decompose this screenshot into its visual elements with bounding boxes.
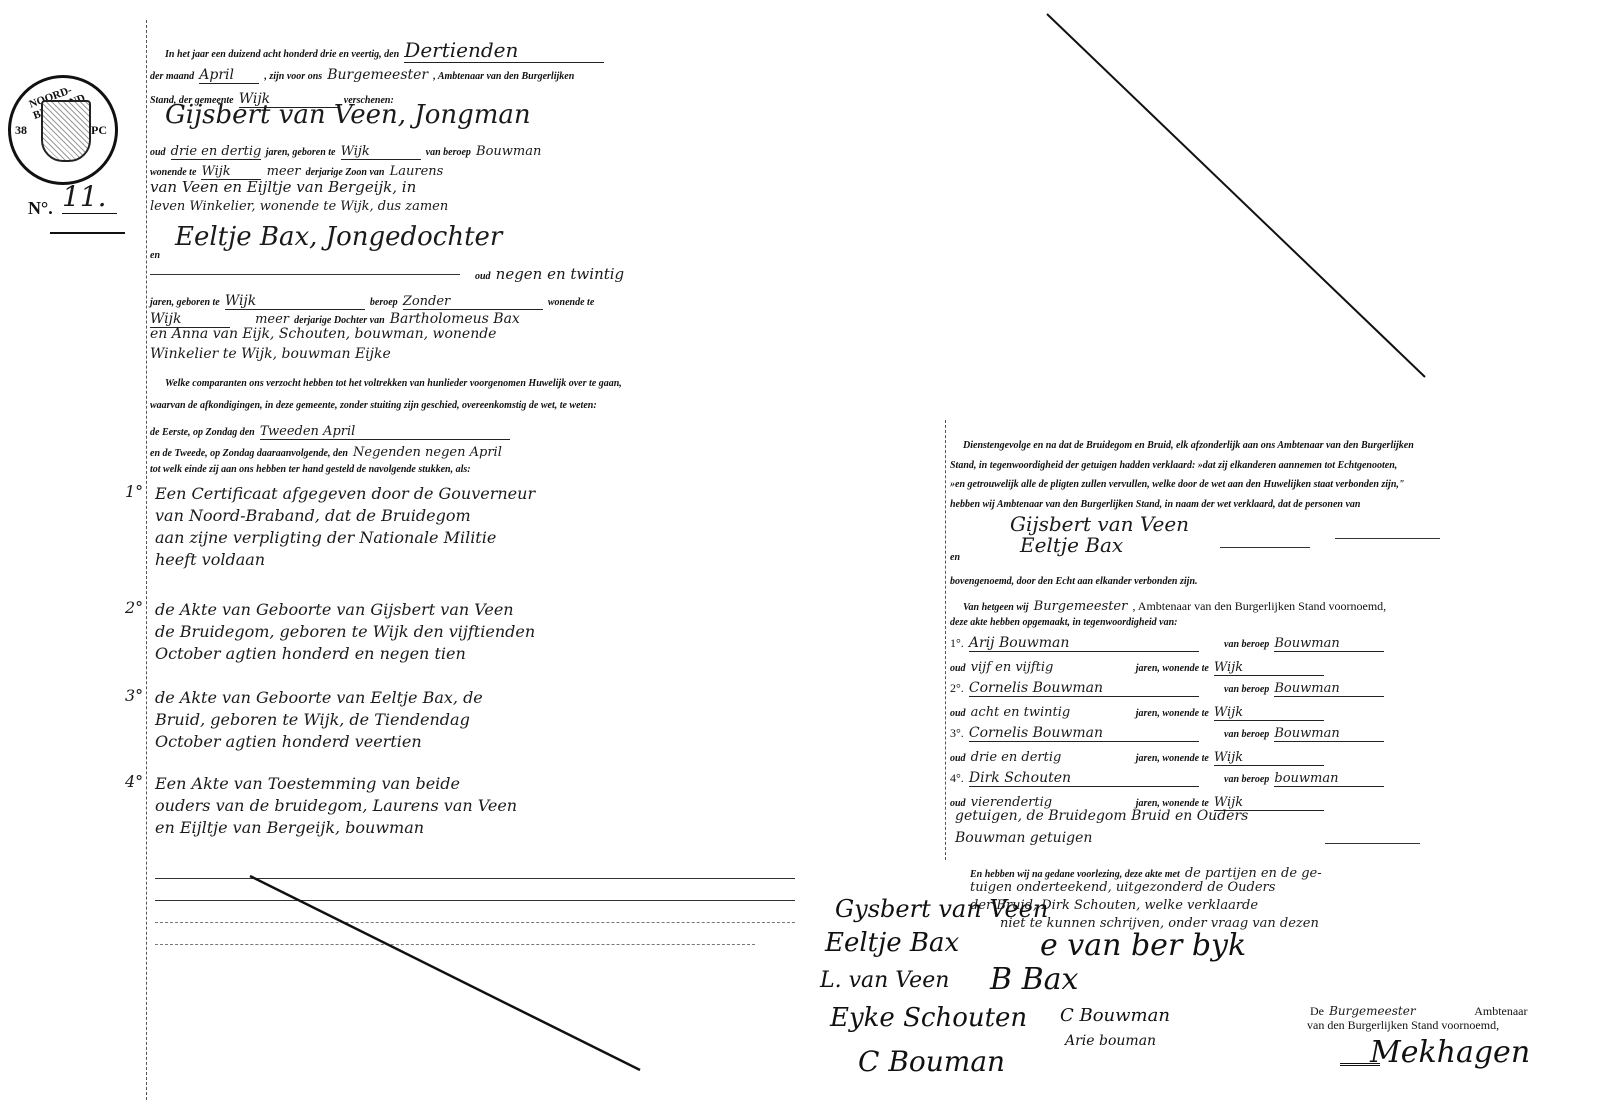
official-title-right: Burgemeester [1034,599,1128,614]
witnesses-intro: deze akte hebben opgemaakt, in tegenwoor… [950,617,1178,628]
witness-occupation: Bouwman [1274,726,1384,742]
witness-number: 3°. [950,726,964,740]
extra-note-line2: Bouwman getuigen [955,830,1092,846]
witness-number: 4°. [950,771,964,785]
witness-number: 1°. [950,636,964,650]
official-stand-label: van den Burgerlijken Stand voornoemd, [1307,1018,1499,1033]
signature-witness-cornelis: C Bouman [858,1045,1005,1078]
blank-line [1335,538,1440,539]
age-label: oud [950,663,966,674]
declaration-line3: »en getrouwelijk alle de pligten zullen … [950,479,1404,490]
witness-4: 4°. Dirk Schouten van beroep bouwman oud… [950,767,1384,811]
occupation-label: van beroep [1224,639,1269,650]
declaration-line2: Stand, in tegenwoordigheid der getuigen … [950,460,1397,471]
declaration-line1: Dienstengevolge en na dat de Bruidegom e… [963,440,1414,451]
witness-1: 1°. Arij Bouwman van beroep Bouwman oud … [950,632,1384,676]
act-printed-a: Van hetgeen wij [963,602,1029,613]
witness-2: 2°. Cornelis Bouwman van beroep Bouwman … [950,677,1384,721]
signature-witness-arie: Arie bouman [1065,1033,1156,1049]
witness-occupation: Bouwman [1274,681,1384,697]
act-printed-b: , Ambtenaar van den Burgerlijken Stand v… [1132,599,1386,613]
blank-line [1325,843,1420,844]
closing-handwritten: de partijen en de ge- [1185,866,1322,881]
witness-name: Dirk Schouten [969,770,1199,787]
occupation-label: van beroep [1224,729,1269,740]
age-label: oud [950,708,966,719]
closing-printed: En hebben wij na gedane voorlezing, deze… [970,869,1180,880]
blank-line [1220,547,1310,548]
witness-name: Cornelis Bouwman [969,680,1199,697]
witness-3: 3°. Cornelis Bouwman van beroep Bouwman … [950,722,1384,766]
witness-age: vijf en vijftig [971,660,1131,675]
signature-official: Mekhagen [1370,1035,1530,1070]
witness-occupation: bouwman [1274,771,1384,787]
witness-residence: Wijk [1214,660,1324,676]
witness-age: drie en dertig [971,750,1131,765]
signature-groom: Gysbert van Veen [835,895,1048,923]
witness-age: acht en twintig [971,705,1131,720]
bride-name-right: Eeltje Bax [1020,533,1123,557]
official-ambtenaar-label: Ambtenaar [1474,1004,1527,1018]
witness-residence: Wijk [1214,705,1324,721]
age-label: oud [950,753,966,764]
witness-name: Arij Bouwman [969,635,1199,652]
witness-name: Cornelis Bouwman [969,725,1199,742]
closing-line2: tuigen onderteekend, uitgezonderd de Oud… [970,880,1275,895]
official-de-label: De [1310,1004,1324,1018]
signature-witness-schouten: Eyke Schouten [830,1003,1027,1033]
signature-flourish [1340,1063,1380,1066]
signature-father-bride: B Bax [990,962,1078,997]
declaration-line5: bovengenoemd, door den Echt aan elkander… [950,576,1198,587]
witness-residence: Wijk [1214,750,1324,766]
cancellation-strokes [0,0,1600,1110]
declaration-line4: hebben wij Ambtenaar van den Burgerlijke… [950,499,1361,510]
residence-label: jaren, wonende te [1136,663,1209,674]
extra-note-line1: getuigen, de Bruidegom Bruid en Ouders [955,808,1248,824]
residence-label: jaren, wonende te [1136,753,1209,764]
witness-occupation: Bouwman [1274,636,1384,652]
occupation-label: van beroep [1224,774,1269,785]
signature-bride: Eeltje Bax [825,928,959,958]
official-title-sign: Burgemeester [1329,1004,1469,1018]
signature-witness-bouwman: C Bouwman [1060,1005,1170,1026]
residence-label: jaren, wonende te [1136,708,1209,719]
signature-mother-groom: e van ber byk [1040,928,1246,963]
witness-number: 2°. [950,681,964,695]
occupation-label: van beroep [1224,684,1269,695]
and-label-right: en [950,552,960,563]
signature-father-groom: L. van Veen [820,968,949,993]
